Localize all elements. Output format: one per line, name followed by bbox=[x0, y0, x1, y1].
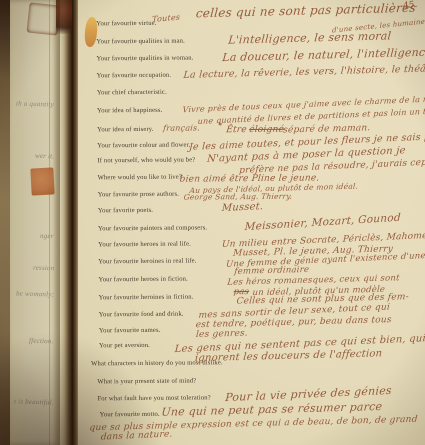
answer-handwriting: Toutes bbox=[152, 13, 180, 24]
question-label: Your favourite food and drink. bbox=[99, 311, 184, 319]
answer-handwriting: français. bbox=[163, 123, 201, 132]
answer-handwriting: Meissonier, Mozart, Gounod bbox=[244, 212, 401, 233]
answer-handwriting: * bbox=[218, 121, 223, 130]
binding-gutter bbox=[60, 0, 80, 445]
questionnaire-page: 45. Your favourite virtue.Your favourite… bbox=[78, 0, 425, 445]
left-fragment: t is beautiful. bbox=[14, 397, 54, 406]
question-label: Your favourite heroes in real life. bbox=[98, 241, 191, 249]
question-label: Your favourite occupation. bbox=[97, 72, 172, 80]
question-label: Your favourite heroines in fiction. bbox=[99, 294, 194, 302]
question-label: Your favorite poets. bbox=[98, 207, 153, 214]
question-label: Your favourite painters and composers. bbox=[98, 224, 207, 232]
question-label: For what fault have you most toleration? bbox=[97, 394, 210, 402]
question-label: If not yourself, who would you be? bbox=[97, 157, 195, 165]
wax-seal-remnant-middle bbox=[30, 167, 54, 195]
question-label: Your idea of happiness. bbox=[97, 107, 162, 115]
left-fragment: wer it. bbox=[35, 152, 54, 161]
left-page: th a quantitywer it.ngerressionbe womanl… bbox=[10, 0, 60, 445]
gutter-stain bbox=[56, 0, 72, 34]
question-label: Your pet aversion. bbox=[99, 342, 150, 349]
question-label: Your favourite virtue. bbox=[96, 20, 156, 28]
left-fragment: nger bbox=[40, 232, 54, 240]
question-label: Your favourite prose authors. bbox=[98, 191, 179, 199]
answer-handwriting: les genres. bbox=[195, 329, 248, 340]
left-page-text-fragments: th a quantitywer it.ngerressionbe womanl… bbox=[10, 0, 56, 445]
page-content: 45. Your favourite virtue.Your favourite… bbox=[78, 0, 425, 445]
left-fragment: th a quantity bbox=[16, 100, 54, 109]
question-label: What is your present state of mind? bbox=[97, 378, 196, 386]
answer-handwriting: dans la nature. bbox=[100, 429, 172, 442]
question-label: Your favourite names. bbox=[99, 327, 161, 335]
left-fragment: ression bbox=[33, 264, 55, 273]
answer-handwriting: George Sand, Aug. Thierry. bbox=[183, 192, 293, 202]
left-fragment: be womanly; bbox=[16, 290, 54, 299]
answer-handwriting: éloigné bbox=[249, 125, 285, 135]
left-fragment: ffection. bbox=[29, 337, 54, 346]
question-label: Your favourite heroes in fiction. bbox=[98, 276, 187, 284]
question-label: Your favourite qualities in man. bbox=[96, 38, 185, 46]
question-label: Where would you like to live? bbox=[98, 174, 182, 182]
answer-handwriting: L'intelligence, le sens moral bbox=[228, 29, 392, 46]
question-label: Your idea of misery. bbox=[97, 126, 154, 133]
book-spine-edge bbox=[0, 0, 10, 445]
answer-handwriting: La lecture, la rêverie, les vers, l'hist… bbox=[183, 63, 425, 81]
handwritten-answers: Toutescelles qui ne sont pas particulièr… bbox=[78, 0, 425, 1]
question-label: Your favourite heroines in real life. bbox=[98, 257, 196, 265]
answer-handwriting: La douceur, le naturel, l'intelligence bbox=[222, 46, 425, 64]
question-label: Your favourite motto. bbox=[100, 411, 160, 419]
question-label: Your favourite colour and flower. bbox=[97, 142, 190, 150]
answer-handwriting: celles qui ne sont pas particulières bbox=[195, 1, 416, 21]
answer-handwriting: Musset. bbox=[221, 201, 263, 214]
printed-questions: Your favourite virtue.Your favourite qua… bbox=[78, 0, 425, 1]
answer-handwriting: Être bbox=[226, 125, 248, 135]
question-label: Your chief characteristic. bbox=[97, 89, 167, 97]
question-label: Your favourite qualities in woman. bbox=[96, 55, 193, 63]
book-photo: th a quantitywer it.ngerressionbe womanl… bbox=[0, 0, 425, 445]
